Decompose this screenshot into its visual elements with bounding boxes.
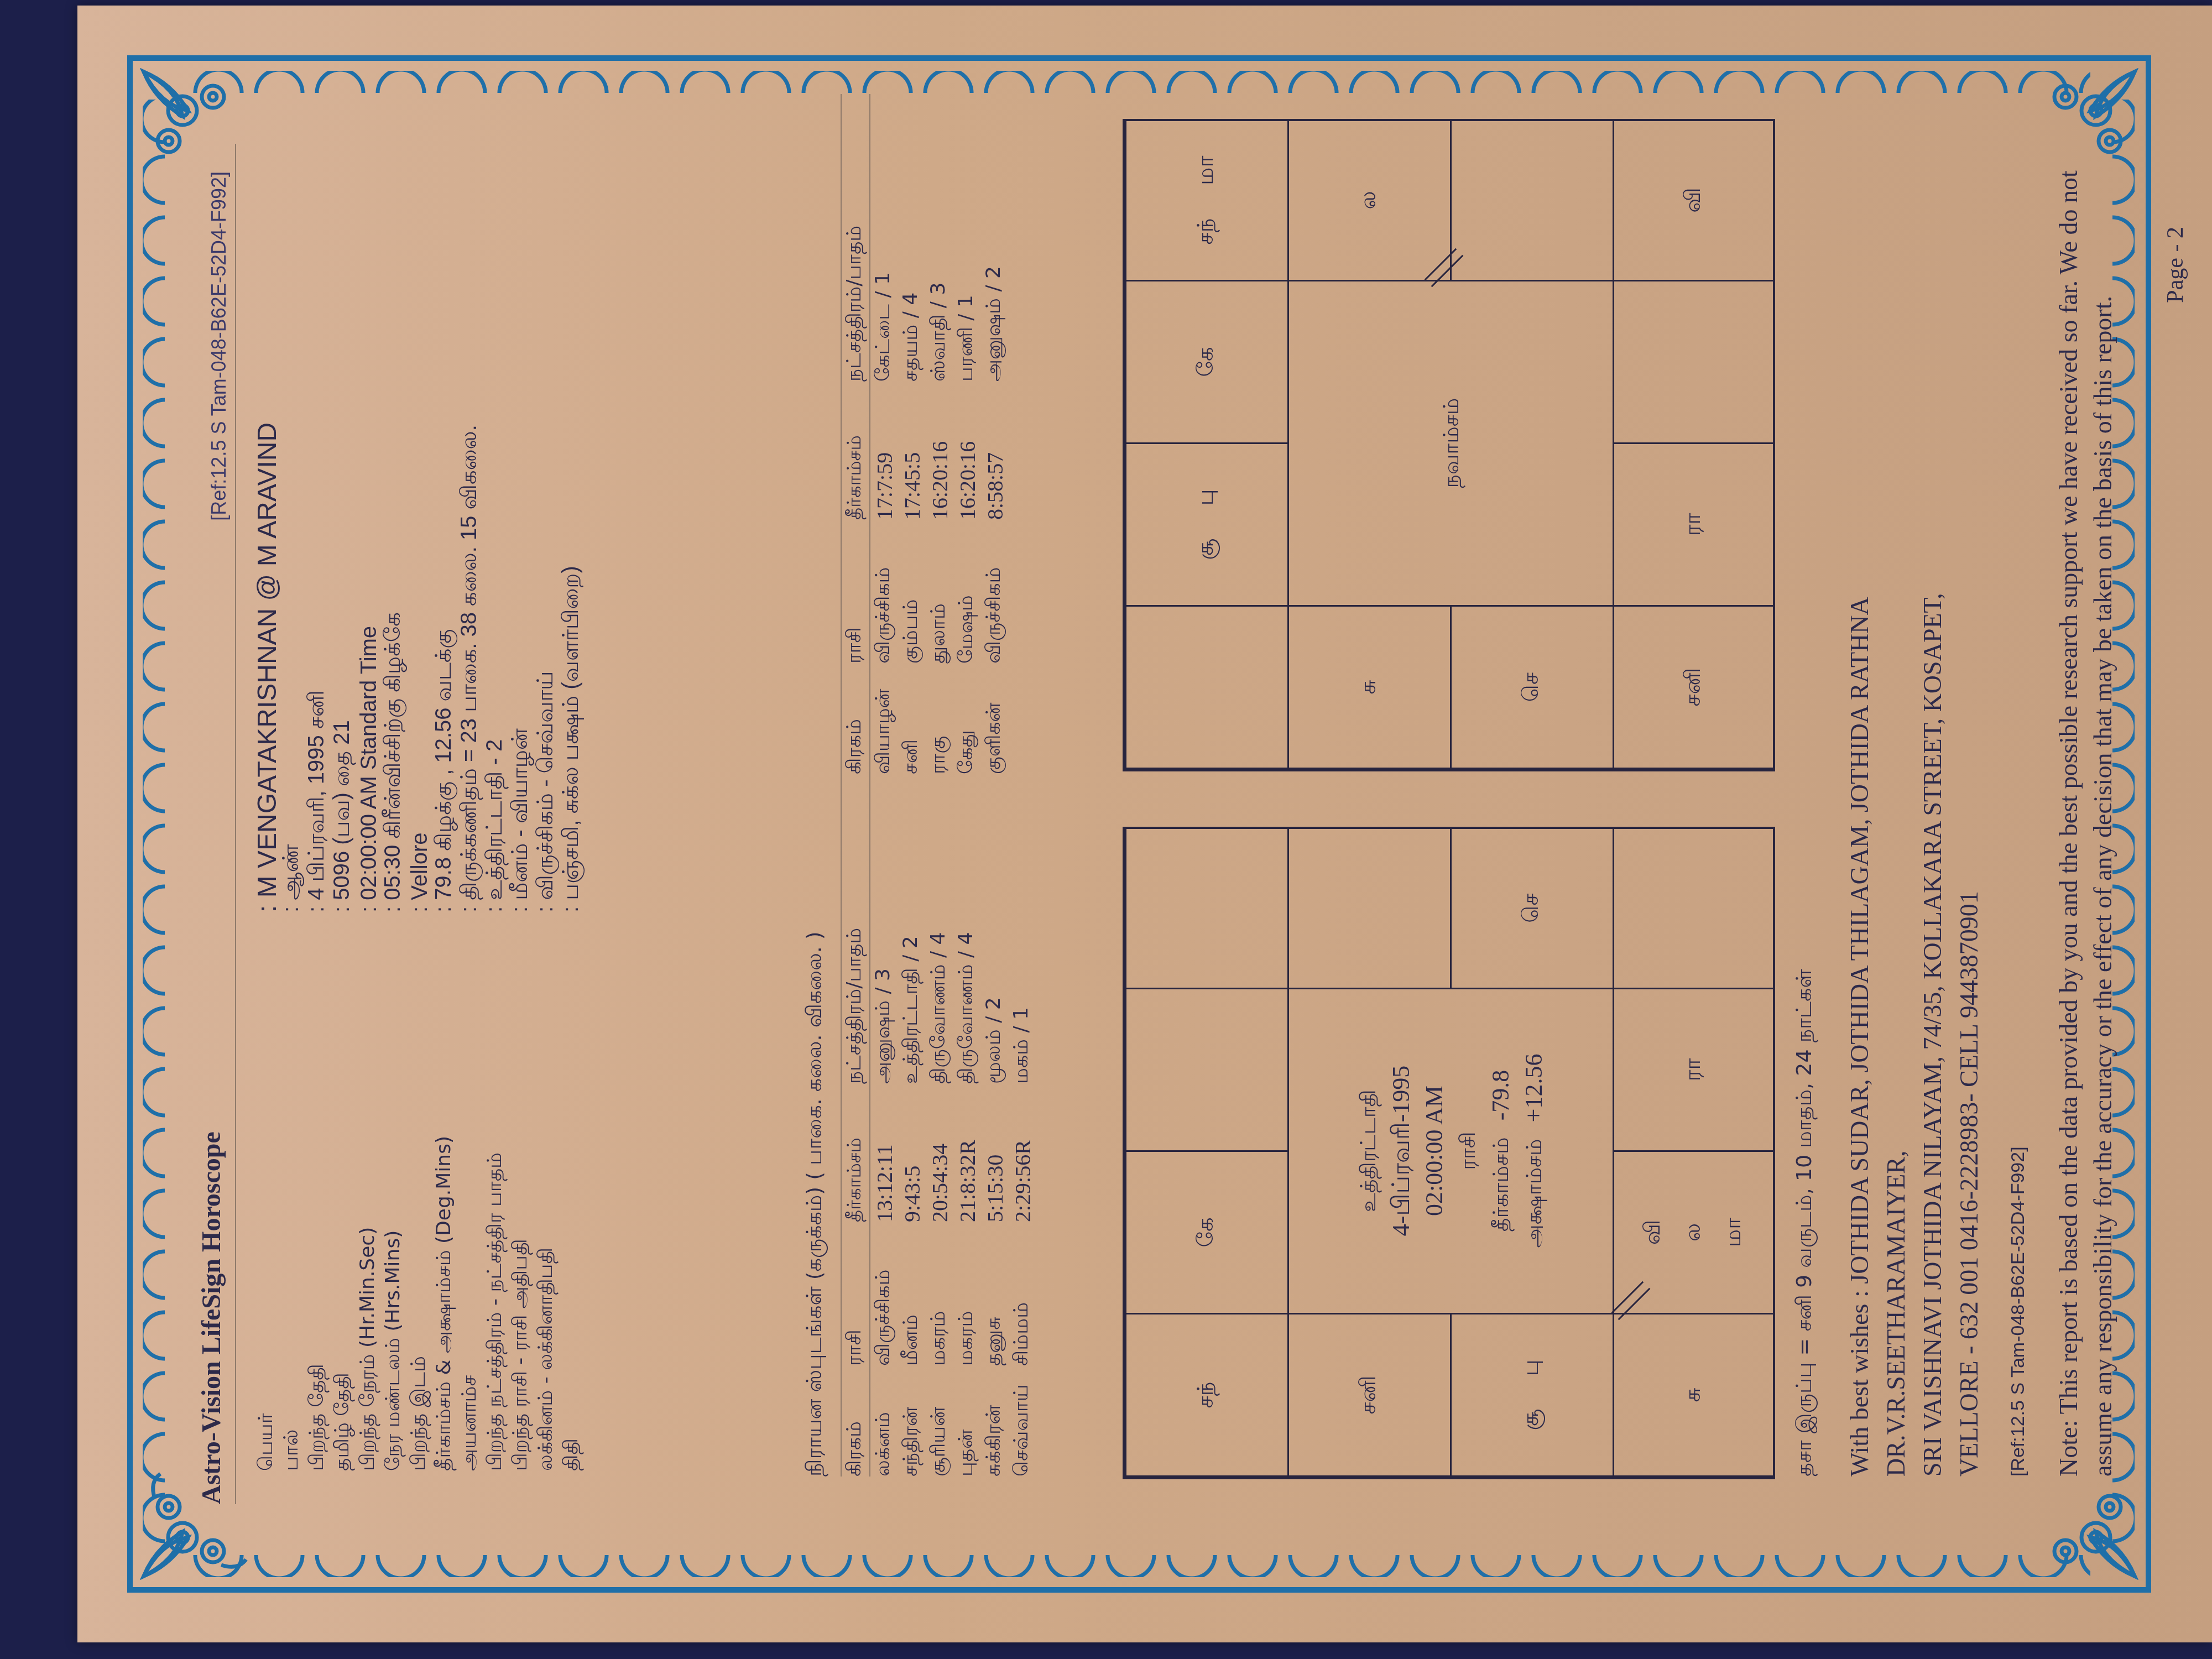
detail-row: பிறந்த இடம்: Vellore	[407, 422, 432, 1471]
cell: 16:20:16	[927, 382, 953, 520]
cell: விருச்சிகம்	[872, 1222, 897, 1366]
detail-label: லக்கினம் - லக்கினாதிபதி	[534, 912, 560, 1471]
cell: விருச்சிகம்	[982, 520, 1008, 664]
detail-value: : விருச்சிகம் - செவ்வாய்	[533, 671, 561, 912]
planet-label: சந்	[1193, 1382, 1221, 1408]
cell: குளிகன்	[982, 664, 1008, 774]
document-stage: Astro-Vision LifeSign Horoscope [Ref:12.…	[0, 0, 2212, 1659]
house-simmam: செ	[1450, 827, 1614, 989]
house-kanni: வி	[1613, 119, 1775, 281]
cell: மீனம்	[899, 1222, 925, 1366]
cell: சிம்மம்	[1010, 1222, 1035, 1366]
house-rishabam	[1125, 988, 1289, 1152]
document-content: Astro-Vision LifeSign Horoscope [Ref:12.…	[77, 6, 2212, 1642]
house-thulam: ரா	[1613, 988, 1775, 1152]
column-header: கிரகம்	[843, 1366, 868, 1477]
wishes-line: With best wishes : JOTHIDA SUDAR, JOTHID…	[1841, 593, 1878, 1477]
detail-label: பிறந்த ராசி - ராசி அதிபதி	[509, 912, 534, 1471]
detail-row: பால்: ஆண்	[280, 422, 305, 1471]
latitude-value: +12.56	[1517, 1054, 1551, 1123]
house-makaram: செ	[1450, 605, 1614, 769]
cell: மகரம்	[927, 1222, 952, 1366]
cell: சந்திரன்	[899, 1366, 925, 1477]
column-header: தீர்காம்சம்	[843, 1084, 868, 1222]
detail-value: : பஞ்சமி, சுக்ல பக்ஷம் (வளர்பிறை)	[559, 566, 586, 912]
cell: 9:43:5	[899, 1084, 925, 1222]
house-dhanusu: சு	[1613, 1313, 1775, 1477]
detail-row: லக்கினம் - லக்கினாதிபதி: விருச்சிகம் - ச…	[534, 422, 560, 1471]
table-row: ராகுதுலாம்16:20:16ஸ்வாதி / 3	[926, 94, 953, 774]
birth-details: பெயர்: M VENGATAKRISHNAN @ M ARAVIND பால…	[254, 422, 585, 1471]
house-dhanusu: சனி	[1613, 605, 1775, 769]
astrologer-info: With best wishes : JOTHIDA SUDAR, JOTHID…	[1841, 593, 1987, 1477]
planet-label: வி	[1640, 1220, 1668, 1245]
detail-row: தீர்காம்சம் & அக்ஷாம்சம் (Deg.Mins): 79.…	[432, 422, 458, 1471]
wishes-line: DR.V.R.SEETHARAMAIYER,	[1878, 593, 1914, 1477]
house-mesham: கே	[1125, 1150, 1289, 1314]
birth-date: 4-பிப்ரவரி-1995	[1385, 1066, 1418, 1237]
planet-label: சனி	[1355, 1376, 1384, 1415]
cell: உத்திரட்டாதி / 2	[899, 796, 925, 1084]
planet-label: சூ	[1518, 1409, 1546, 1430]
chart-title: ராசி	[1451, 1131, 1484, 1170]
cell: ஸ்வாதி / 3	[927, 94, 952, 382]
cell: அனுஷம் / 2	[982, 94, 1008, 382]
cell: மகம் / 1	[1010, 796, 1035, 1084]
detail-row: பிறந்த நட்சத்திரம் - நட்சத்திர பாதம்: உத…	[483, 422, 509, 1471]
wishes-line: VELLORE - 632 001 0416-2228983- CELL 944…	[1951, 593, 1987, 1477]
detail-value: : மீனம் - வியாழன்	[508, 728, 535, 912]
cell: கேது	[954, 664, 980, 774]
detail-value: : M VENGATAKRISHNAN @ M ARAVIND	[252, 422, 283, 912]
cell: விருச்சிகம்	[872, 520, 897, 664]
house-viruchigam: வி ல மா	[1613, 1150, 1775, 1314]
table-row: குளிகன்விருச்சிகம்8:58:57அனுஷம் / 2	[981, 94, 1009, 774]
cell: மகரம்	[954, 1222, 980, 1366]
planet-label: சு	[1355, 680, 1384, 694]
table-row: லக்னம்விருச்சிகம்13:12:11அனுஷம் / 3	[870, 796, 898, 1477]
detail-row: திதி: பஞ்சமி, சுக்ல பக்ஷம் (வளர்பிறை)	[560, 422, 585, 1471]
detail-value: : Vellore	[408, 832, 432, 912]
cell: லக்னம்	[872, 1366, 897, 1477]
cell: மேஷம்	[954, 520, 980, 664]
rasi-chart: சந் கே சனி சூபு செ சு வி ல மா ரா	[1123, 827, 1775, 1479]
table-row: புதன்மகரம்21:8:32Rதிருவோணம் / 4	[953, 796, 981, 1477]
house-kumbam: சு	[1287, 605, 1452, 769]
detail-label: தீர்காம்சம் & அக்ஷாம்சம் (Deg.Mins)	[432, 912, 458, 1471]
detail-label: பால்	[280, 912, 305, 1471]
dasha-balance: தசா இருப்பு = சனி 9 வருடம், 10 மாதம், 24…	[1792, 969, 1819, 1477]
cell: துலாம்	[927, 520, 952, 664]
planet-label: சனி	[1680, 668, 1708, 707]
cell: சுக்கிரன்	[982, 1366, 1008, 1477]
house-makaram: சூபு	[1450, 1313, 1614, 1477]
table-row: வியாழன்விருச்சிகம்17:7:59கேட்டை / 1	[870, 94, 898, 774]
cell: 20:54:34	[927, 1084, 953, 1222]
planet-positions-table: கிரகம் ராசி தீர்காம்சம் நட்சத்திரம்/பாதம…	[841, 94, 1036, 1477]
column-header: நட்சத்திரம்/பாதம்	[843, 94, 868, 382]
planet-label: மா	[1193, 156, 1221, 185]
planet-label: செ	[1518, 672, 1546, 702]
planet-label: செ	[1518, 893, 1546, 922]
navamsa-chart-center: நவாம்சம்	[1287, 279, 1615, 607]
detail-label: நேர மண்டலம் (Hrs.Mins)	[382, 912, 407, 1471]
column-header: நட்சத்திரம்/பாதம்	[843, 796, 868, 1084]
detail-row: நேர மண்டலம் (Hrs.Mins): 05:30 கிரீன்விச்…	[382, 422, 407, 1471]
cell: சூரியன்	[927, 1366, 952, 1477]
table-row: சனிகும்பம்17:45:5சதயம் / 4	[898, 94, 926, 774]
table-row: செவ்வாய்சிம்மம்2:29:56Rமகம் / 1	[1009, 796, 1036, 1477]
house-kumbam: சனி	[1287, 1313, 1452, 1477]
detail-value: : 05:30 கிரீன்விச்சிற்கு கிழக்கே	[380, 612, 408, 912]
house-mithunam	[1125, 827, 1289, 989]
detail-label: திதி	[560, 912, 585, 1471]
table-row: சுக்கிரன்தனுசு5:15:30மூலம் / 2	[981, 796, 1009, 1477]
column-header: ராசி	[843, 1222, 868, 1366]
cell: 5:15:30	[982, 1084, 1008, 1222]
cell: 8:58:57	[982, 382, 1008, 520]
birth-star: உத்திரட்டாதி	[1352, 1089, 1385, 1212]
disclaimer-note: Note: This report is based on the data p…	[2052, 149, 2120, 1477]
cell: திருவோணம் / 4	[954, 796, 980, 1084]
detail-label: அயனாம்ச	[458, 912, 483, 1471]
detail-label: பிறந்த நேரம் (Hr.Min.Sec)	[356, 912, 382, 1471]
longitude-label: தீர்காம்சம்	[1484, 1137, 1517, 1232]
detail-label: பிறந்த இடம்	[407, 912, 432, 1471]
detail-label: பெயர்	[254, 912, 280, 1471]
cell: புதன்	[954, 1366, 980, 1477]
cell: கேட்டை / 1	[872, 94, 897, 382]
column-header: ராசி	[843, 520, 868, 664]
house-meenam	[1125, 605, 1289, 769]
latitude: அக்ஷாம்சம்+12.56	[1517, 1054, 1551, 1248]
table-body: லக்னம்விருச்சிகம்13:12:11அனுஷம் / 3 சந்த…	[870, 94, 1036, 1477]
title-divider	[235, 144, 236, 1504]
cell: பரணி / 1	[954, 94, 980, 382]
reference-code-footer: [Ref:12.5 S Tam-048-B62E-52D4-F992]	[2007, 1146, 2029, 1477]
detail-row: அயனாம்ச: திருக்கணிதம் = 23 பாகை. 38 கலை.…	[458, 422, 483, 1471]
table-left-group: லக்னம்விருச்சிகம்13:12:11அனுஷம் / 3 சந்த…	[870, 796, 1036, 1477]
cell: 21:8:32R	[954, 1084, 980, 1222]
table-row: சூரியன்மகரம்20:54:34திருவோணம் / 4	[926, 796, 953, 1477]
cell: சதயம் / 4	[899, 94, 925, 382]
birth-time: 02:00:00 AM	[1418, 1086, 1451, 1216]
detail-row: பிறந்த ராசி - ராசி அதிபதி: மீனம் - வியாழ…	[509, 422, 534, 1471]
horoscope-page: Astro-Vision LifeSign Horoscope [Ref:12.…	[77, 6, 2212, 1642]
cell: சனி	[899, 664, 925, 774]
detail-row: பிறந்த நேரம் (Hr.Min.Sec): 02:00:00 AM S…	[356, 422, 382, 1471]
table-row: கேதுமேஷம்16:20:16பரணி / 1	[953, 94, 981, 774]
cell: 16:20:16	[954, 382, 980, 520]
rasi-chart-center: உத்திரட்டாதி 4-பிப்ரவரி-1995 02:00:00 AM…	[1287, 987, 1615, 1314]
planet-label: பு	[1193, 489, 1221, 505]
navamsa-chart: சூபு கே சந்மா சு ல செ சனி ரா வி நவாம்சம்	[1123, 119, 1775, 771]
planet-label: வி	[1680, 187, 1708, 213]
house-mithunam: சந்மா	[1125, 119, 1289, 281]
cell: 17:45:5	[899, 382, 925, 520]
planet-label: சூ	[1193, 539, 1221, 560]
longitude-value: -79.8	[1484, 1070, 1517, 1121]
detail-value: : திருக்கணிதம் = 23 பாகை. 38 கலை. 15 விக…	[457, 425, 484, 912]
house-mesham: சூபு	[1125, 442, 1289, 607]
chart-title: நவாம்சம்	[1434, 398, 1468, 488]
latitude-label: அக்ஷாம்சம்	[1517, 1139, 1551, 1248]
detail-row: பிறந்த தேதி: 4 பிப்ரவரி, 1995 சனி	[305, 422, 331, 1471]
planet-label: சந்	[1193, 218, 1221, 245]
cell: திருவோணம் / 4	[927, 796, 952, 1084]
cell: மூலம் / 2	[982, 796, 1008, 1084]
detail-row: பெயர்: M VENGATAKRISHNAN @ M ARAVIND	[254, 422, 280, 1471]
house-thulam	[1613, 280, 1775, 444]
planet-label: ரா	[1680, 513, 1708, 536]
detail-value: : உத்திரட்டாதி - 2	[482, 739, 510, 912]
wishes-line: SRI VAISHNAVI JOTHIDA NILAYAM, 74/35, KO…	[1914, 593, 1951, 1477]
cell: 17:7:59	[872, 382, 898, 520]
house-kanni	[1613, 827, 1775, 989]
detail-value: : 02:00:00 AM Standard Time	[357, 626, 382, 912]
detail-value: : ஆண்	[279, 844, 306, 912]
house-meenam: சந்	[1125, 1313, 1289, 1477]
app-title: Astro-Vision LifeSign Horoscope	[196, 1131, 227, 1504]
reference-code: [Ref:12.5 S Tam-048-B62E-52D4-F992]	[207, 171, 231, 521]
planet-table-heading: நிராயன ஸ்புடங்கள் (கருக்கம்) ( பாகை. கலை…	[802, 931, 830, 1477]
planet-label: மா	[1720, 1218, 1749, 1247]
planet-label: பு	[1518, 1359, 1546, 1376]
cell: கும்பம்	[899, 520, 925, 664]
planet-label: ரா	[1680, 1058, 1708, 1082]
charts-row: சந் கே சனி சூபு செ சு வி ல மா ரா	[1123, 119, 1775, 1479]
planet-label: சு	[1680, 1387, 1708, 1402]
cell: 13:12:11	[872, 1084, 898, 1222]
detail-label: தமிழ் தேதி	[331, 912, 356, 1471]
detail-label: பிறந்த தேதி	[305, 912, 331, 1471]
detail-value: : 5096 (பவ) தை 21	[330, 720, 357, 912]
planet-label: கே	[1193, 347, 1221, 377]
house-kadagam: ல	[1287, 119, 1452, 281]
house-rishabam: கே	[1125, 280, 1289, 444]
planet-label: கே	[1193, 1218, 1221, 1248]
table-right-group: வியாழன்விருச்சிகம்17:7:59கேட்டை / 1 சனிக…	[870, 94, 1036, 774]
house-kadagam	[1287, 827, 1452, 989]
lagna-marker-icon	[1611, 1281, 1651, 1321]
cell: தனுசு	[982, 1222, 1008, 1366]
detail-row: தமிழ் தேதி: 5096 (பவ) தை 21	[331, 422, 356, 1471]
table-row: சந்திரன்மீனம்9:43:5உத்திரட்டாதி / 2	[898, 796, 926, 1477]
cell: ராகு	[927, 664, 952, 774]
longitude: தீர்காம்சம்-79.8	[1484, 1070, 1517, 1232]
column-header: தீர்காம்சம்	[843, 382, 868, 520]
cell: செவ்வாய்	[1010, 1366, 1035, 1477]
column-header: கிரகம்	[843, 664, 868, 774]
house-simmam	[1450, 119, 1614, 281]
cell: அனுஷம் / 3	[872, 796, 897, 1084]
page-number: Page - 2	[2162, 227, 2189, 303]
detail-label: பிறந்த நட்சத்திரம் - நட்சத்திர பாதம்	[483, 912, 509, 1471]
planet-label: ல	[1680, 1223, 1708, 1241]
cell: 2:29:56R	[1010, 1084, 1036, 1222]
table-header: கிரகம் ராசி தீர்காம்சம் நட்சத்திரம்/பாதம…	[841, 94, 870, 1477]
detail-value: : 4 பிப்ரவரி, 1995 சனி	[304, 690, 332, 912]
planet-label: ல	[1355, 191, 1384, 209]
cell: வியாழன்	[872, 664, 897, 774]
house-viruchigam: ரா	[1613, 442, 1775, 607]
detail-value: : 79.8 கிழக்கு , 12.56 வடக்கு	[431, 629, 459, 912]
